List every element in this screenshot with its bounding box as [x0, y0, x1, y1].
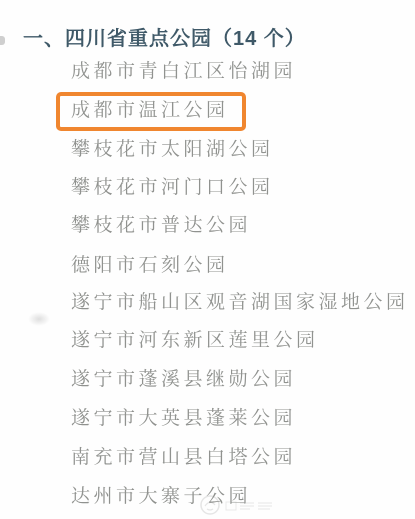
- park-list-item: 成都市青白江区怡湖园: [71, 62, 296, 81]
- park-list-item-highlighted: 成都市温江公园: [71, 101, 229, 120]
- park-list-item: 遂宁市蓬溪县继勋公园: [71, 370, 296, 389]
- park-list-item: 攀枝花市普达公园: [71, 216, 251, 235]
- park-list-item: 攀枝花市河门口公园: [71, 178, 274, 197]
- scan-smudge: [28, 312, 50, 326]
- section-heading: 一、四川省重点公园（14 个）: [23, 22, 306, 51]
- park-list-item: 遂宁市船山区观音湖国家湿地公园: [71, 293, 409, 312]
- scanned-document-page: 一、四川省重点公园（14 个） 成都市青白江区怡湖园 成都市温江公园 攀枝花市太…: [0, 0, 415, 519]
- park-list-item: 遂宁市大英县蓬莱公园: [71, 409, 296, 428]
- park-list-item: 攀枝花市太阳湖公园: [71, 140, 274, 159]
- park-list-item: 德阳市石刻公园: [71, 256, 229, 275]
- park-list-item: 南充市营山县白塔公园: [71, 448, 296, 467]
- scan-artifact-speck: [0, 36, 5, 45]
- park-list-item: 遂宁市河东新区莲里公园: [71, 331, 319, 350]
- watermark-stamp: [198, 492, 282, 518]
